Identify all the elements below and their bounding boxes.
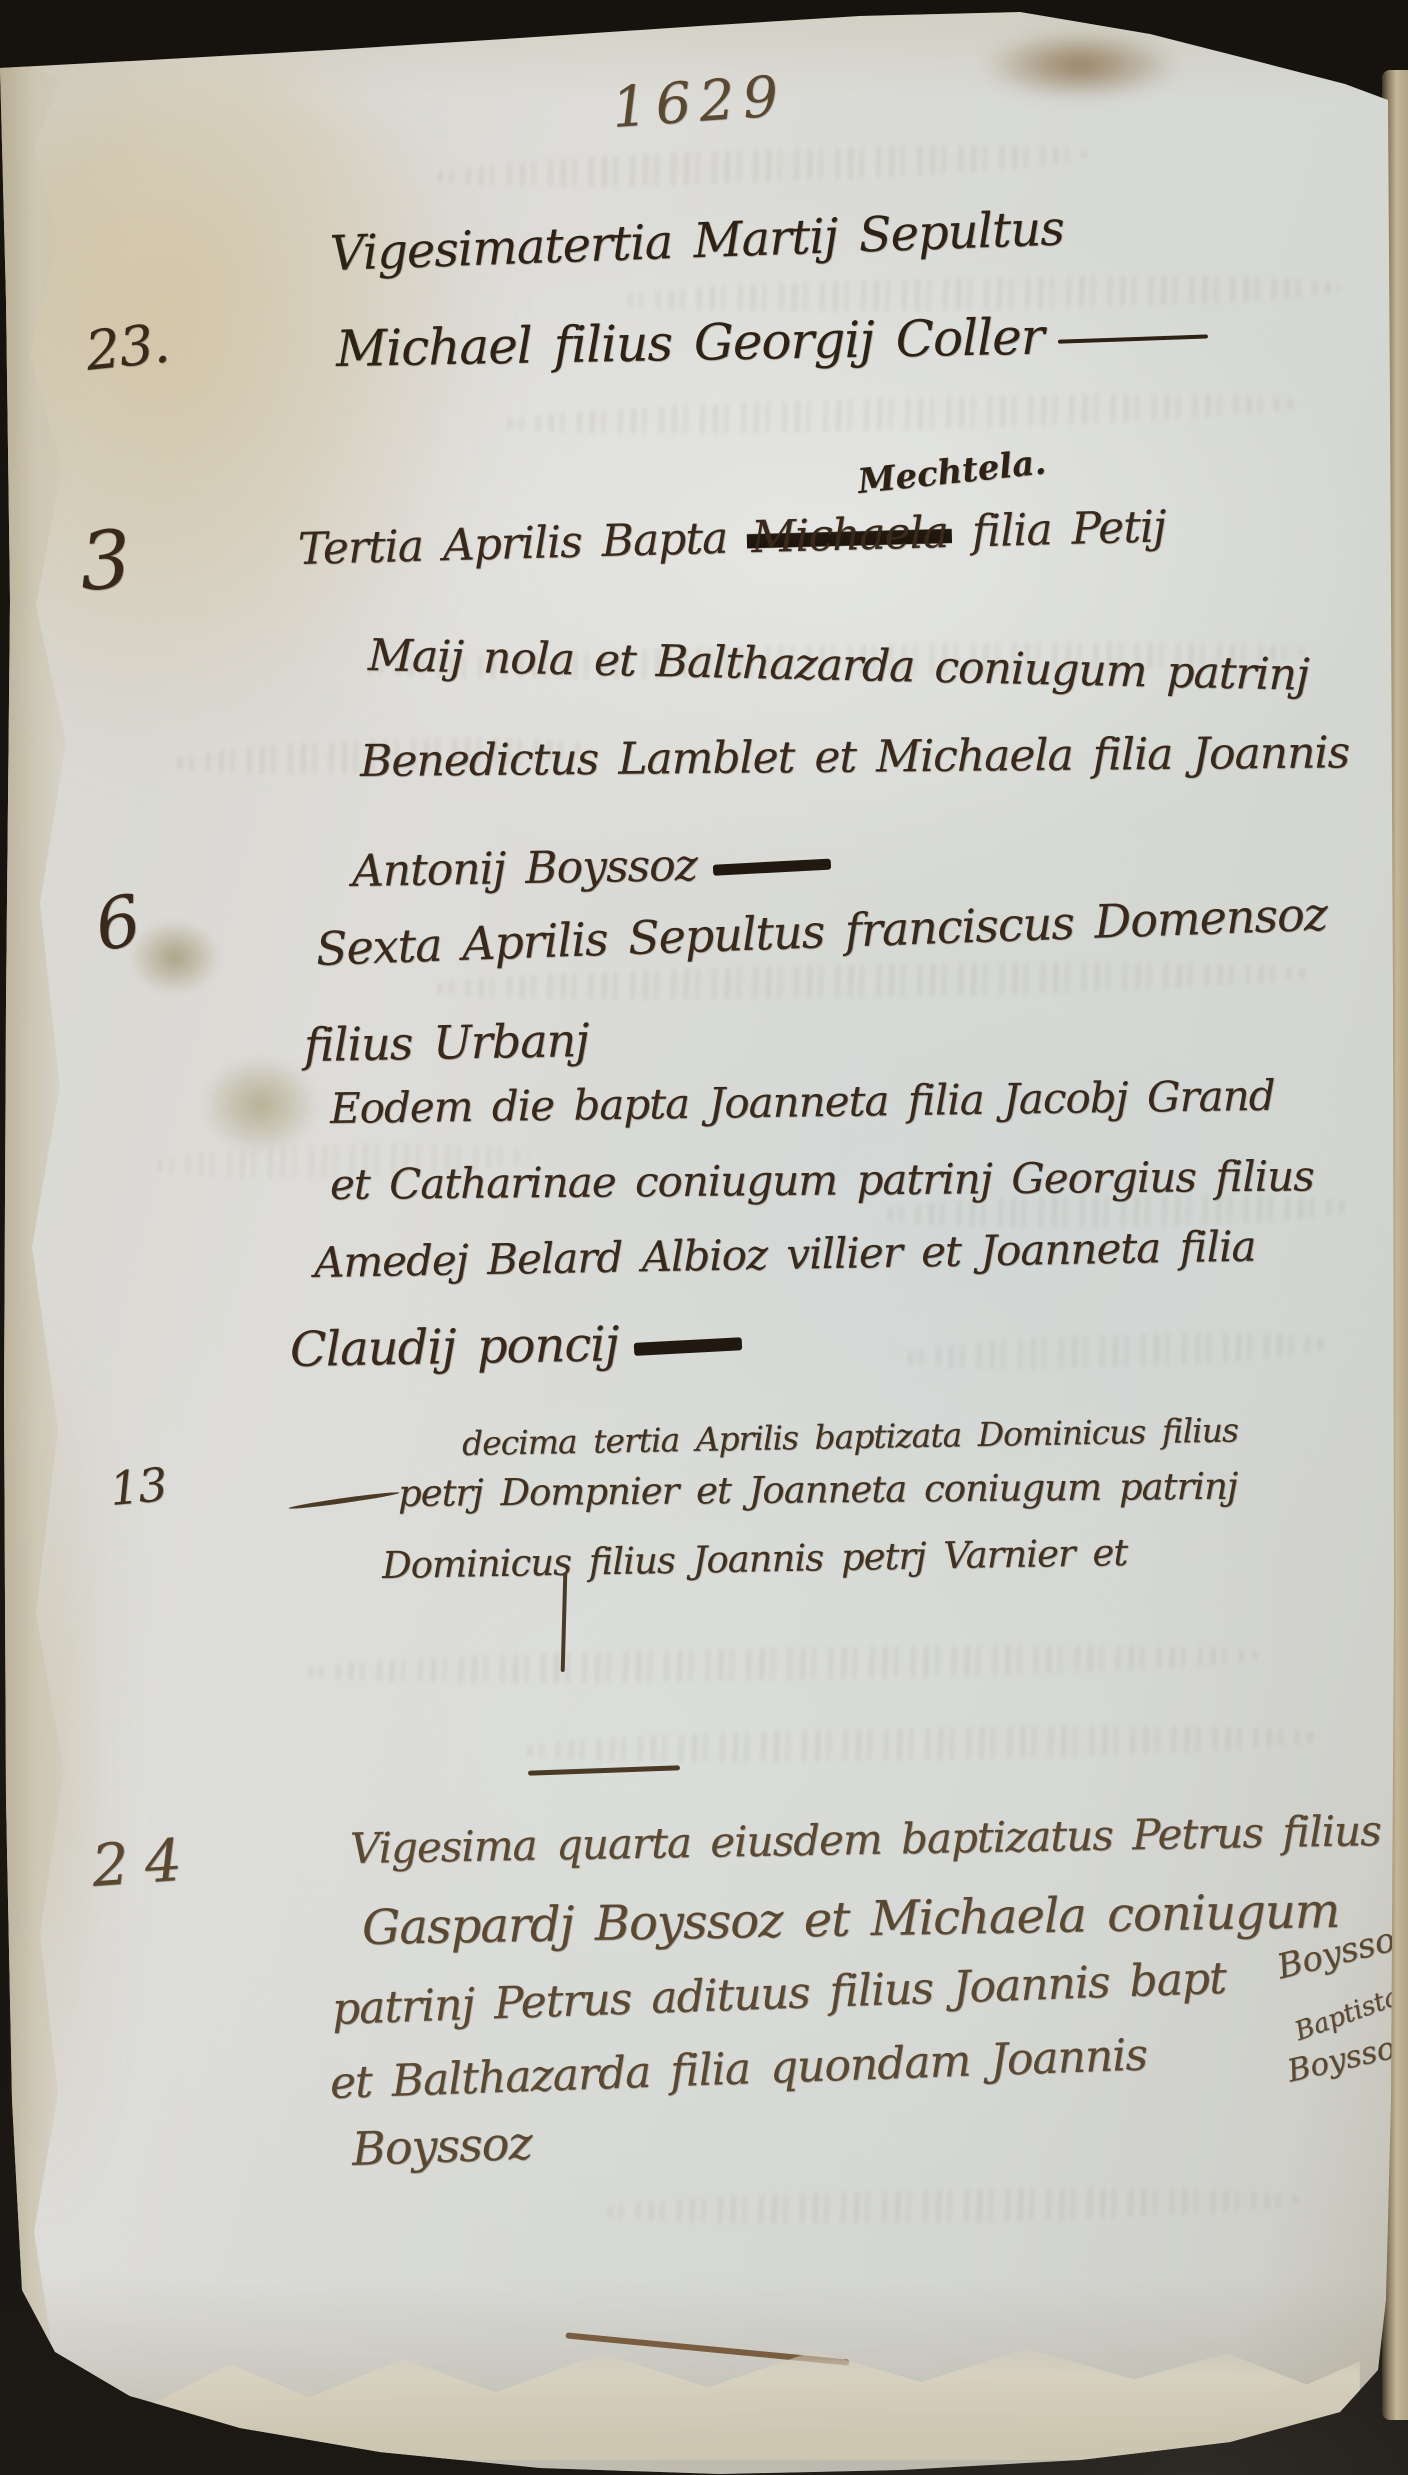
flourish-dash (713, 859, 831, 876)
manuscript-page: 1629 23. Vigesimatertia Martij Sepultus … (0, 0, 1408, 2475)
margin-day-number: 6 (89, 879, 146, 967)
entry-line: et Catharinae coniugum patrinj Georgius … (330, 1151, 1314, 1209)
entry-line: Antonij Boyssoz (352, 838, 832, 897)
bleedthrough-mark (500, 388, 1301, 441)
inserted-name: Mechtela. (856, 442, 1048, 502)
entry-line: Dominicus filius Joannis petrj Varnier e… (382, 1531, 1128, 1587)
entry-line: Eodem die bapta Joanneta filia Jacobj Gr… (330, 1071, 1275, 1133)
entry-line-text: Tertia Aprilis Bapta (297, 513, 728, 575)
entry-line: Tertia Aprilis Bapta Michaela filia Peti… (297, 501, 1166, 575)
page-year: 1629 (610, 64, 789, 141)
margin-day-number: 23. (83, 312, 172, 383)
struck-name: Michaela (747, 507, 953, 563)
entry-line: Amedej Belard Albioz villier et Joanneta… (314, 1222, 1256, 1287)
stain-mid-left (200, 1055, 320, 1155)
entry-line: Gaspardj Boyssoz et Michaela coniugum (362, 1883, 1340, 1956)
entry-line: et Balthazarda filia quondam Joannis (329, 2029, 1148, 2108)
entry-line: filius Urbanj (304, 1013, 589, 1072)
manuscript-photo: 1629 23. Vigesimatertia Martij Sepultus … (0, 0, 1408, 2475)
entry-line: petrj Dompnier et Joanneta coniugum patr… (398, 1465, 1238, 1515)
entry-line: Maij nola et Balthazarda coniugum patrin… (367, 630, 1309, 701)
frayed-left-edge (0, 56, 78, 2346)
entry-line: Vigesimatertia Martij Sepultus (329, 200, 1065, 282)
entry-line: patrinj Petrus adituus filius Joannis ba… (331, 1953, 1226, 2035)
margin-day-number: 13 (108, 1457, 169, 1516)
bleedthrough-mark (600, 2184, 1300, 2228)
flourish-dash (634, 1337, 743, 1356)
entry-line: Boyssoz (351, 2116, 532, 2176)
bleedthrough-mark (430, 138, 1091, 193)
entry-line: Benedictus Lamblet et Michaela filia Joa… (360, 727, 1350, 787)
flourish-dash (1058, 334, 1208, 343)
entry-line: decima tertia Aprilis baptizata Dominicu… (462, 1410, 1239, 1463)
bleedthrough-mark (300, 1640, 1260, 1689)
bleedthrough-mark (520, 1721, 1320, 1767)
entry-line: Michael filius Georgij Coller (335, 305, 1208, 378)
entry-line: Vigesima quarta eiusdem baptizatus Petru… (350, 1806, 1382, 1873)
bleedthrough-mark (900, 1328, 1331, 1375)
separator-line (528, 1765, 680, 1775)
entry-line-text: filia Petij (971, 501, 1166, 557)
pen-flourish (288, 1490, 400, 1511)
entry-line-text: Antonij Boyssoz (352, 840, 698, 897)
entry-line: Claudij poncij (290, 1314, 743, 1378)
margin-day-number: 24 (90, 1825, 200, 1900)
entry-line-text: Michael filius Georgij Coller (335, 308, 1044, 378)
margin-day-number: 3 (77, 513, 133, 609)
entry-line-text: Claudij poncij (290, 1316, 619, 1378)
stain-top-edge (980, 30, 1180, 100)
